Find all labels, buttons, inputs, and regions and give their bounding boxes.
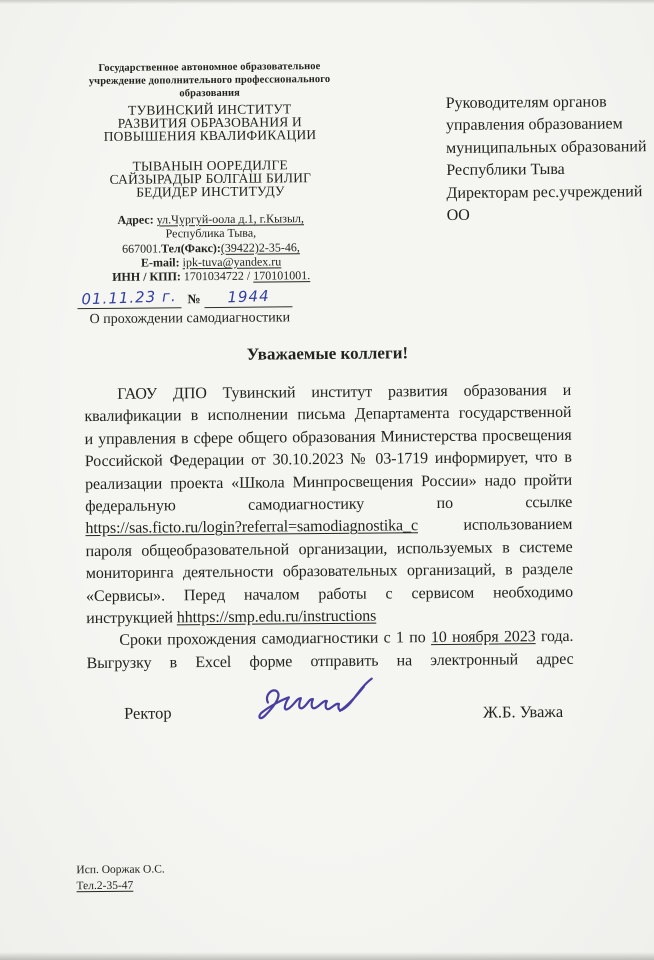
recipient-block: Руководителям органов управления образов… bbox=[446, 91, 652, 227]
body-paragraphs: ГАОУ ДПО Тувинский институт развития обр… bbox=[84, 380, 574, 675]
instructions-link: hhttps://smp.edu.ru/instructions bbox=[177, 607, 377, 626]
inn-kpp-line: ИНН / КПП: 1701034722 / 170101001. bbox=[55, 268, 367, 285]
address-value: ул.Чургуй-оола д.1, г.Кызыл, bbox=[157, 211, 304, 226]
executor-block: Исп. Ооржак О.С. Тел.2-35-47 bbox=[76, 861, 165, 894]
signature-ink-icon bbox=[252, 676, 382, 733]
date-number-line: 01.11.23 г.№1944 bbox=[55, 287, 367, 311]
number-field: 1944 bbox=[204, 288, 292, 309]
letter-subject: О прохождении самодиагностики bbox=[56, 310, 368, 329]
org-type-line: учреждение дополнительного профессиональ… bbox=[53, 73, 365, 89]
letter-body: Уважаемые коллеги! ГАОУ ДПО Тувинский ин… bbox=[84, 342, 574, 675]
contact-block: Адрес: ул.Чургуй-оола д.1, г.Кызыл, Респ… bbox=[55, 211, 368, 285]
postal-code: 667001. bbox=[122, 241, 161, 255]
org-name-russian: ТУВИНСКИЙ ИНСТИТУТ РАЗВИТИЯ ОБРАЗОВАНИЯ … bbox=[54, 102, 366, 144]
signer-name: Ж.Б. Уважа bbox=[483, 702, 563, 723]
handwritten-number: 1944 bbox=[227, 287, 270, 306]
org-name-tuvan: ТЫВАНЫН ООРЕДИЛГЕ САЙЗЫРАДЫР БОЛГАШ БИЛИ… bbox=[54, 158, 366, 200]
date-field: 01.11.23 г. bbox=[77, 289, 181, 310]
body-text: года. bbox=[541, 628, 574, 645]
salutation: Уважаемые коллеги! bbox=[84, 342, 571, 368]
recipient-line: Директорам рес.учреждений bbox=[446, 181, 651, 205]
executor-name: Исп. Ооржак О.С. bbox=[76, 861, 164, 878]
body-line: Выгрузку в Excel форме отправить на элек… bbox=[86, 649, 573, 676]
scanned-letter-page: Государственное автономное образовательн… bbox=[0, 0, 654, 960]
body-text: инструкцией bbox=[86, 609, 173, 627]
org-name-line: БЕДИДЕР ИНСТИТУДУ bbox=[54, 184, 366, 200]
inn-label: ИНН / КПП: bbox=[112, 269, 181, 284]
samodiagnostika-link: https://sas.ficto.ru/login?referral=samo… bbox=[85, 518, 418, 538]
signer-title: Ректор bbox=[124, 703, 172, 723]
kpp-value: 170101001. bbox=[253, 268, 310, 282]
email-value: ipk-tuva@yandex.ru bbox=[183, 254, 282, 269]
address-label: Адрес: bbox=[117, 213, 153, 227]
recipient-line: управления образованием bbox=[446, 114, 651, 138]
email-label: E-mail: bbox=[141, 255, 180, 269]
scan-edge-shadow-top bbox=[0, 0, 654, 4]
executor-phone: Тел.2-35-47 bbox=[76, 877, 164, 894]
deadline-underlined: 10 ноября 2023 bbox=[431, 628, 536, 646]
inn-value: 1701034722 / bbox=[184, 269, 250, 284]
recipient-line: ОО bbox=[447, 203, 652, 227]
body-line: «Сервисы». Перед началом работы с сервис… bbox=[86, 581, 573, 608]
handwritten-signature bbox=[252, 676, 383, 738]
number-sign: № bbox=[187, 292, 200, 307]
recipient-line: Руководителям органов bbox=[446, 91, 651, 115]
org-name-line: ПОВЫШЕНИЯ КВАЛИФИКАЦИИ bbox=[54, 128, 366, 144]
recipient-line: Республики Тыва bbox=[446, 158, 651, 182]
org-type-line: образования bbox=[54, 86, 366, 102]
scan-edge-shadow-bottom bbox=[0, 952, 654, 960]
recipient-line: муниципальных образований bbox=[446, 136, 651, 160]
body-text: Выгрузку в Excel форме отправить на элек… bbox=[87, 651, 574, 672]
handwritten-date: 01.11.23 г. bbox=[82, 288, 178, 309]
body-text: Сроки прохождения самодиагностики с 1 по bbox=[119, 629, 425, 649]
phone-value: (39422)2-35-46, bbox=[221, 240, 300, 255]
letterhead: Государственное автономное образовательн… bbox=[53, 60, 367, 329]
letter-content: Государственное автономное образовательн… bbox=[0, 0, 654, 960]
phone-label: Тел(Факс): bbox=[161, 241, 221, 256]
org-type-lines: Государственное автономное образовательн… bbox=[53, 60, 365, 102]
